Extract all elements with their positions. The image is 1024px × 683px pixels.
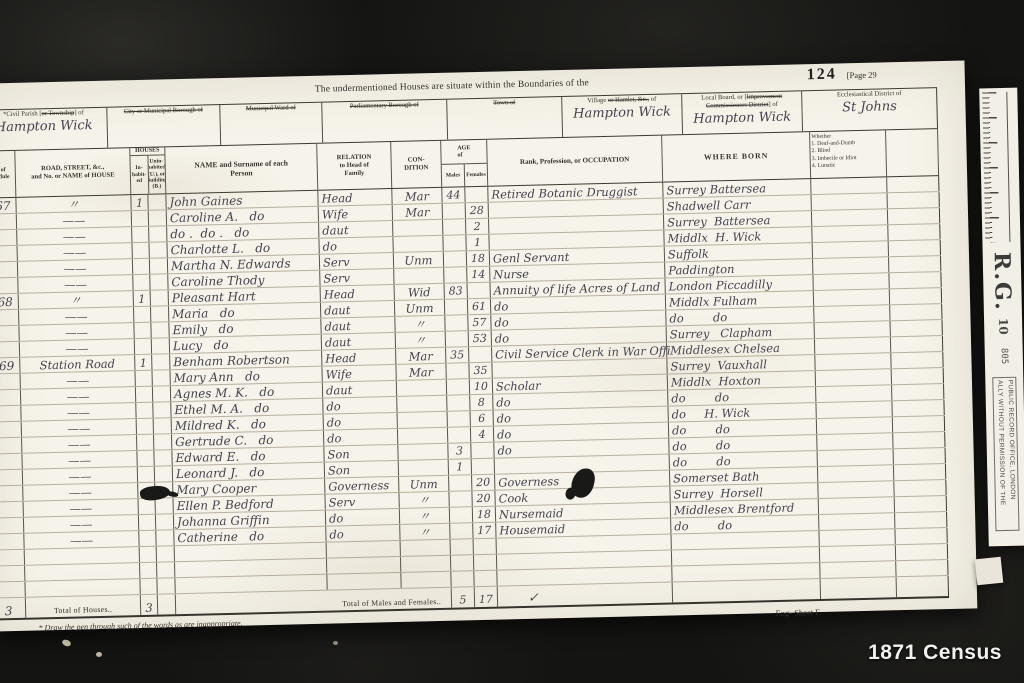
- cell-inh: 1: [134, 291, 151, 306]
- cell-road: ——: [18, 259, 133, 277]
- cell-m: [451, 555, 474, 571]
- cell-cond: 〃: [395, 316, 445, 332]
- cell-cond: [401, 540, 451, 556]
- cell-cond: [398, 444, 448, 460]
- cell-road: ——: [23, 467, 138, 485]
- footnote: * Draw the pen through such of the words…: [38, 619, 242, 633]
- cell-blank: [673, 579, 821, 602]
- cell-inh: [139, 499, 156, 514]
- cell-rel: do: [323, 397, 397, 414]
- cell-sch: [0, 454, 23, 470]
- cell-cond: 〃: [400, 524, 450, 540]
- cell-road: ——: [22, 451, 137, 469]
- cell-rel: daut: [321, 317, 395, 334]
- cell-f: 18: [473, 507, 496, 523]
- photo-background: The undermentioned Houses are situate wi…: [0, 0, 1024, 683]
- cell-unh: [156, 498, 174, 513]
- cell-x: [895, 496, 947, 512]
- cell-m: [447, 395, 470, 411]
- cell-f: 10: [470, 379, 493, 395]
- cell-dis: [812, 225, 888, 242]
- cell-rel: daut: [321, 301, 395, 318]
- cell-blank: [158, 594, 176, 614]
- cell-cond: 〃: [399, 492, 449, 508]
- cell-m: 83: [445, 283, 468, 299]
- cell-x: [891, 336, 943, 352]
- cell-unh: [150, 274, 168, 289]
- cell-cond: [397, 396, 447, 412]
- cell-cond: Unm: [399, 476, 449, 492]
- cell-dis: [816, 385, 892, 402]
- district-value: Hampton Wick: [685, 110, 800, 128]
- cell-x: [887, 176, 939, 192]
- cell-cond: Mar: [393, 204, 443, 220]
- cell-rel: do: [326, 525, 400, 542]
- cell-sch: [0, 310, 19, 326]
- district-box: Parliamentary Borough of: [322, 100, 448, 143]
- col-header-where-born: WHERE BORN: [662, 132, 811, 181]
- cell-f: 20: [472, 491, 495, 507]
- cell-inh: [134, 307, 151, 322]
- cell-f: 4: [471, 427, 494, 443]
- cell-sch: [0, 246, 18, 262]
- cell-cond: [401, 556, 451, 572]
- cell-inh: [137, 419, 154, 434]
- cell-inh: [139, 515, 156, 530]
- col-header-blank: [886, 129, 939, 176]
- cell-unh: [149, 226, 167, 241]
- census-table: No. of Schedule ROAD, STREET, &c., and N…: [0, 129, 949, 620]
- cell-x: [894, 464, 946, 480]
- cell-sch: [0, 486, 24, 502]
- cell-cond: [393, 220, 443, 236]
- total-houses-label: Total of Houses..: [26, 595, 141, 618]
- cell-unh: [156, 530, 174, 545]
- cell-road: ——: [23, 483, 138, 501]
- cell-cond: Mar: [396, 348, 446, 364]
- cell-f: 28: [466, 203, 489, 219]
- cell-m: [446, 363, 469, 379]
- cell-dis: [814, 289, 890, 306]
- district-label: Town of: [449, 98, 559, 109]
- cell-f: 35: [469, 363, 492, 379]
- census-sheet: The undermentioned Houses are situate wi…: [0, 60, 977, 631]
- cell-x: [895, 512, 947, 528]
- record-group-number: 10: [996, 317, 1010, 334]
- district-label: Municipal Ward of: [222, 104, 319, 115]
- cell-dis: [813, 257, 889, 274]
- cell-dis: [819, 529, 895, 546]
- cell-dis: [819, 513, 895, 530]
- cell-rel: [327, 557, 401, 574]
- col-header-inhabited: In- habit- ed: [130, 155, 148, 194]
- cell-cond: [398, 412, 448, 428]
- cell-road: ——: [19, 307, 134, 325]
- cell-f: 14: [467, 267, 490, 283]
- cell-m: [443, 235, 466, 251]
- col-header-relation: RELATION to Head of Family: [317, 142, 392, 190]
- piece-number: 805: [999, 348, 1009, 364]
- cell-x: [890, 288, 942, 304]
- cell-unh: [156, 514, 174, 529]
- cell-unh: [151, 290, 169, 305]
- caption-1871-census: 1871 Census: [868, 641, 1002, 665]
- cell-m: [446, 331, 469, 347]
- cell-sch: [0, 438, 22, 454]
- col-group-age: AGE of Males Females: [441, 140, 488, 187]
- cell-m: [444, 267, 467, 283]
- cell-sch: [0, 582, 26, 598]
- copyright-stamp: ALLY WITHOUT PERMISSION OF THE PUBLIC RE…: [992, 376, 1020, 530]
- cell-cond: Unm: [395, 300, 445, 316]
- cell-dis: [815, 321, 891, 338]
- district-value: St Johns: [804, 98, 934, 116]
- cell-rel: Head: [321, 285, 395, 302]
- cell-females-total: 17: [475, 587, 498, 608]
- cell-inh: [132, 211, 149, 226]
- cell-inh: [132, 243, 149, 258]
- cell-m: [447, 379, 470, 395]
- cell-m: [449, 475, 472, 491]
- stamp-line: PUBLIC RECORD OFFICE, LONDON: [1004, 379, 1017, 527]
- cell-dis: [815, 337, 891, 354]
- cell-x: [889, 240, 941, 256]
- cell-x: [896, 560, 948, 576]
- cell-f: [474, 571, 497, 587]
- cell-sch: 167: [0, 198, 17, 214]
- district-label: Local Board, or [Improvement Commissione…: [684, 92, 799, 111]
- cell-sch: [0, 518, 24, 534]
- cell-x: [890, 304, 942, 320]
- cell-cond: [399, 460, 449, 476]
- cell-road: ——: [22, 419, 137, 437]
- cell-m: [445, 315, 468, 331]
- cell-margin-total: 3: [0, 598, 26, 619]
- ruler: [982, 92, 1010, 242]
- cell-unh: [157, 578, 175, 593]
- record-group-label: R.G.: [989, 252, 1016, 312]
- cell-x: [892, 400, 944, 416]
- cell-f: [469, 347, 492, 363]
- paper-speck: [333, 641, 338, 645]
- cell-dis: [820, 545, 896, 562]
- cell-inh: [134, 323, 151, 338]
- cell-f: [472, 459, 495, 475]
- cell-unh: [153, 386, 171, 401]
- cell-m: 35: [446, 347, 469, 363]
- cell-males-total: 5: [452, 587, 475, 608]
- cell-cond: 〃: [400, 508, 450, 524]
- cell-inh: [135, 371, 152, 386]
- cell-x: [894, 448, 946, 464]
- cell-rel: [327, 573, 401, 590]
- cell-m: [450, 523, 473, 539]
- cell-unh: [152, 354, 170, 369]
- cell-cond: [394, 268, 444, 284]
- cell-rel: [327, 541, 401, 558]
- cell-dis: [818, 481, 894, 498]
- cell-f: 6: [471, 411, 494, 427]
- cell-road: ——: [21, 403, 136, 421]
- cell-x: [891, 320, 943, 336]
- cell-dis: [817, 433, 893, 450]
- folio-number: 124: [807, 65, 837, 83]
- cell-unh: [157, 546, 175, 561]
- cell-inh: [140, 563, 157, 578]
- cell-f: 2: [466, 219, 489, 235]
- cell-m: [451, 539, 474, 555]
- paper-speck: [61, 639, 72, 648]
- cell-road: ——: [24, 515, 139, 533]
- cell-inh: [137, 435, 154, 450]
- cell-rel: Son: [325, 461, 399, 478]
- cell-road: ——: [20, 339, 135, 357]
- cell-rel: Head: [322, 349, 396, 366]
- cell-dis: [817, 417, 893, 434]
- cell-x: [888, 208, 940, 224]
- cell-sch: [0, 278, 19, 294]
- col-header-age: AGE of: [441, 140, 487, 165]
- cell-x: [891, 352, 943, 368]
- cell-cond: [393, 236, 443, 252]
- col-header-occupation: Rank, Profession, or OCCUPATION: [487, 136, 663, 186]
- cell-rel: do: [324, 413, 398, 430]
- cell-f: [474, 555, 497, 571]
- cell-x: [888, 224, 940, 240]
- cell-unh: [157, 562, 175, 577]
- cell-cond: [397, 380, 447, 396]
- cell-dis: [813, 241, 889, 258]
- cell-cond: Mar: [392, 188, 442, 204]
- cell-rel: Serv: [325, 493, 399, 510]
- cell-road: ——: [19, 323, 134, 341]
- cell-inh: [139, 531, 156, 546]
- cell-m: 1: [449, 459, 472, 475]
- cell-road: ——: [21, 371, 136, 389]
- cell-m: [448, 411, 471, 427]
- cell-sch: [0, 502, 24, 518]
- col-header-disability: Whether 1. Deaf-and-Dumb 2. Blind 3. Imb…: [810, 130, 887, 178]
- col-header-road: ROAD, STREET, &c., and No. or NAME of HO…: [15, 148, 131, 197]
- cell-rel: Wife: [319, 205, 393, 222]
- district-value: Hampton Wick: [564, 104, 679, 122]
- cell-inh: [133, 259, 150, 274]
- cell-inh: [138, 467, 155, 482]
- cell-f: [474, 539, 497, 555]
- cell-dis: [816, 401, 892, 418]
- archive-strip: R.G. 10 805 ALLY WITHOUT PERMISSION OF T…: [979, 88, 1024, 547]
- cell-inh: [132, 227, 149, 242]
- cell-unh: [151, 322, 169, 337]
- cell-sch: [0, 230, 17, 246]
- cell-m: [450, 507, 473, 523]
- cell-m: 3: [448, 443, 471, 459]
- col-header-schedule: No. of Schedule: [0, 151, 16, 198]
- cell-road: ——: [21, 387, 136, 405]
- cell-road: ——: [17, 211, 132, 229]
- cell-m: 44: [442, 187, 465, 203]
- paper-fragment: [975, 557, 1004, 586]
- cell-dis: [818, 449, 894, 466]
- cell-sch: 169: [0, 358, 21, 374]
- cell-sch: [0, 326, 20, 342]
- district-box: *Civil Parish [or Township] ofHampton Wi…: [0, 108, 108, 151]
- district-box: City or Municipal Borough of: [107, 105, 221, 148]
- cell-dis: [818, 465, 894, 482]
- cell-road: ——: [18, 275, 133, 293]
- cell-unh: [148, 194, 166, 209]
- cell-sch: [0, 550, 25, 566]
- cell-sch: [0, 214, 17, 230]
- cell-cond: Mar: [396, 364, 446, 380]
- district-box: Ecclesiastical District ofSt Johns: [802, 88, 938, 131]
- col-header-name: NAME and Surname of each Person: [165, 144, 318, 194]
- cell-rel: Governess: [325, 477, 399, 494]
- cell-m: [443, 219, 466, 235]
- cell-f: 17: [473, 523, 496, 539]
- cell-f: [465, 187, 488, 203]
- cell-rel: do: [319, 237, 393, 254]
- cell-unh: [151, 306, 169, 321]
- cell-road: ——: [24, 531, 139, 549]
- cell-cond: [401, 572, 451, 588]
- cell-dis: [819, 497, 895, 514]
- cell-unh: [152, 338, 170, 353]
- cell-inh: [136, 403, 153, 418]
- cell-cond: 〃: [396, 332, 446, 348]
- cell-dis: [811, 177, 887, 194]
- cell-inh: [140, 547, 157, 562]
- cell-x: [889, 272, 941, 288]
- cell-sch: [0, 262, 18, 278]
- cell-road: 〃: [16, 195, 131, 213]
- cell-m: [451, 571, 474, 587]
- cell-unh: [155, 466, 173, 481]
- col-header-males: Males: [442, 164, 466, 187]
- cell-dis: [820, 561, 896, 578]
- cell-sch: [0, 342, 20, 358]
- cell-road: ——: [17, 227, 132, 245]
- cell-f: 61: [468, 299, 491, 315]
- cell-dis: [812, 209, 888, 226]
- cell-inh: 1: [131, 195, 148, 210]
- cell-f: 8: [470, 395, 493, 411]
- cell-blank: [897, 576, 949, 597]
- cell-unh: [153, 402, 171, 417]
- cell-dis: [814, 305, 890, 322]
- cell-rel: Son: [324, 445, 398, 462]
- cell-unh: [150, 258, 168, 273]
- cell-m: [443, 203, 466, 219]
- cell-unh: [154, 434, 172, 449]
- table-body: 167〃1John GainesHeadMar44Retired Botanic…: [0, 176, 949, 598]
- paper-speck: [96, 652, 102, 657]
- cell-m: [445, 299, 468, 315]
- district-box: Village or Hamlet, &c., ofHampton Wick: [562, 94, 683, 137]
- cell-sch: [0, 566, 25, 582]
- cell-x: [894, 480, 946, 496]
- cell-rel: Wife: [322, 365, 396, 382]
- cell-unh: [154, 450, 172, 465]
- col-header-condition: CON- DITION: [391, 141, 442, 188]
- cell-rel: daut: [322, 333, 396, 350]
- cell-road: ——: [18, 243, 133, 261]
- cell-m: [444, 251, 467, 267]
- cell-x: [892, 384, 944, 400]
- cell-f: 18: [467, 251, 490, 267]
- cell-inh: [135, 339, 152, 354]
- cell-f: [468, 283, 491, 299]
- cell-f: 20: [472, 475, 495, 491]
- cell-rel: do: [324, 429, 398, 446]
- cell-x: [895, 528, 947, 544]
- cell-x: [892, 368, 944, 384]
- cell-rel: do: [326, 509, 400, 526]
- cell-inh: [133, 275, 150, 290]
- col-header-uninhabited: Unin- habited (U.), or Building (B.): [148, 155, 165, 194]
- cell-sch: [0, 470, 23, 486]
- cell-dis: [812, 193, 888, 210]
- cell-inh: 1: [135, 355, 152, 370]
- cell-dis: [816, 369, 892, 386]
- cell-sch: [0, 534, 25, 550]
- cell-rel: daut: [319, 221, 393, 238]
- checkmark: ✓: [498, 582, 673, 606]
- cell-sch: 168: [0, 294, 19, 310]
- cell-unh: [149, 210, 167, 225]
- cell-unh: [152, 370, 170, 385]
- district-box: Local Board, or [Improvement Commissione…: [682, 91, 803, 134]
- cell-unh: [149, 242, 167, 257]
- cell-road: Station Road: [20, 355, 135, 373]
- district-label: City or Municipal Borough of: [109, 106, 217, 117]
- cell-road: [25, 563, 140, 581]
- cell-x: [896, 544, 948, 560]
- page-number-block: 124 [Page 29: [807, 65, 877, 85]
- col-header-females: Females: [465, 164, 488, 187]
- cell-road: ——: [22, 435, 137, 453]
- cell-cond: Wid: [395, 284, 445, 300]
- cell-cond: Unm: [394, 252, 444, 268]
- cell-f: 57: [468, 315, 491, 331]
- cell-cond: [398, 428, 448, 444]
- cell-x: [893, 416, 945, 432]
- district-box: Town of: [447, 97, 563, 140]
- cell-dis: [815, 353, 891, 370]
- cell-rel: Head: [318, 189, 392, 206]
- district-value: Hampton Wick: [0, 118, 105, 136]
- district-label: Parliamentary Borough of: [324, 101, 444, 112]
- cell-blank: [821, 577, 897, 599]
- cell-rel: Serv: [320, 269, 394, 286]
- cell-road: 〃: [19, 291, 134, 309]
- cell-f: 53: [469, 331, 492, 347]
- sheet-heading: The undermentioned Houses are situate wi…: [315, 78, 589, 94]
- cell-inh: [136, 387, 153, 402]
- cell-dis: [813, 273, 889, 290]
- cell-x: [889, 256, 941, 272]
- cell-road: ——: [24, 499, 139, 517]
- cell-x: [893, 432, 945, 448]
- cell-x: [888, 192, 940, 208]
- cell-sch: [0, 390, 21, 406]
- district-box: Municipal Ward of: [220, 103, 323, 145]
- cell-rel: Serv: [320, 253, 394, 270]
- cell-road: [25, 579, 140, 597]
- cell-m: [449, 491, 472, 507]
- cell-sch: [0, 374, 21, 390]
- cell-f: [471, 443, 494, 459]
